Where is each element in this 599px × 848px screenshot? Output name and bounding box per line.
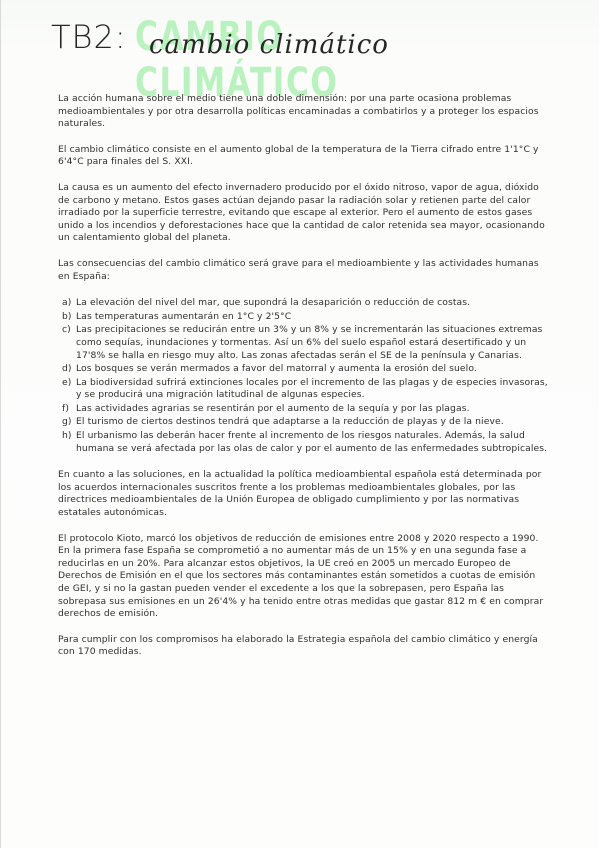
list-item-text: El turismo de ciertos destinos tendrá qu… (76, 416, 504, 427)
list-item: f)Las actividades agrarias se resentirán… (58, 403, 548, 416)
list-item: c)Las precipitaciones se reducirán entre… (58, 324, 548, 362)
paragraph-definition: El cambio climático consiste en el aumen… (58, 144, 548, 169)
list-item-text: El urbanismo las deberán hacer frente al… (76, 430, 547, 454)
list-marker: e) (62, 377, 76, 390)
list-marker: d) (62, 363, 76, 376)
paragraph-intro: La acción humana sobre el medio tiene un… (58, 93, 548, 131)
list-marker: c) (62, 324, 76, 337)
list-item-text: Las temperaturas aumentarán en 1°C y 2'5… (76, 311, 291, 322)
list-item: h)El urbanismo las deberán hacer frente … (58, 430, 548, 455)
paragraph-strategy: Para cumplir con los compromisos ha elab… (58, 634, 548, 659)
paragraph-solutions: En cuanto a las soluciones, en la actual… (58, 469, 548, 519)
list-marker: g) (62, 416, 76, 429)
list-item: d)Los bosques se verán mermados a favor … (58, 363, 548, 376)
paragraph-causes: La causa es un aumento del efecto invern… (58, 182, 548, 245)
list-item-text: La biodiversidad sufrirá extinciones loc… (76, 377, 548, 401)
list-marker: h) (62, 430, 76, 443)
list-marker: a) (62, 297, 76, 310)
consequences-list: a)La elevación del nivel del mar, que su… (58, 297, 548, 455)
list-item-text: Las actividades agrarias se resentirán p… (76, 403, 470, 414)
title-script: cambio climático (149, 30, 389, 60)
list-item: g)El turismo de ciertos destinos tendrá … (58, 416, 548, 429)
list-item-text: La elevación del nivel del mar, que supo… (76, 297, 470, 308)
list-marker: f) (62, 403, 76, 416)
list-item-text: Los bosques se verán mermados a favor de… (76, 363, 477, 374)
list-marker: b) (62, 311, 76, 324)
page-title: CAMBIO CLIMÁTICO TB2: cambio climático (51, 12, 571, 72)
notes-body: La acción humana sobre el medio tiene un… (58, 93, 548, 672)
list-item: e)La biodiversidad sufrirá extinciones l… (58, 377, 548, 402)
list-item: a)La elevación del nivel del mar, que su… (58, 297, 548, 310)
list-item: b)Las temperaturas aumentarán en 1°C y 2… (58, 311, 548, 324)
list-item-text: Las precipitaciones se reducirán entre u… (76, 324, 542, 360)
paragraph-kyoto: El protocolo Kioto, marcó los objetivos … (58, 533, 548, 621)
notes-page: CAMBIO CLIMÁTICO TB2: cambio climático L… (0, 0, 599, 848)
paragraph-consequences-intro: Las consecuencias del cambio climático s… (58, 258, 548, 283)
title-code: TB2: (51, 18, 127, 56)
